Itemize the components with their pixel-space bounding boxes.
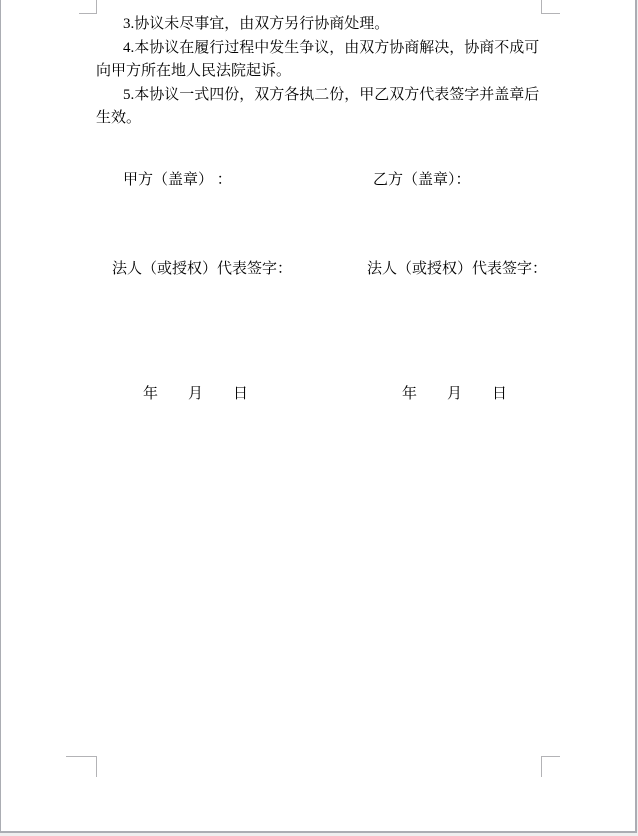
crop-mark-top-right-icon — [541, 0, 560, 14]
party-b-representative-label: 法人（或授权）代表签字： — [367, 258, 547, 282]
party-b-seal-label: 乙方（盖章）： — [373, 169, 471, 193]
document-page: 3.协议未尽事宜，由双方另行协商处理。 4.本协议在履行过程中发生争议，由双方协… — [0, 0, 637, 833]
clause-line-3: 3.协议未尽事宜，由双方另行协商处理。 — [96, 13, 556, 37]
party-a-seal-label: 甲方（盖章） ： — [123, 169, 232, 193]
crop-mark-bottom-left-icon — [66, 756, 97, 777]
word-workspace: 3.协议未尽事宜，由双方另行协商处理。 4.本协议在履行过程中发生争议，由双方协… — [0, 0, 638, 836]
clause-line-4: 4.本协议在履行过程中发生争议，由双方协商解决，协商不成可 — [96, 37, 556, 61]
party-a-representative-label: 法人（或授权）代表签字： — [112, 258, 292, 282]
party-b-date-label: 年 月 日 — [402, 383, 507, 407]
crop-mark-bottom-right-icon — [541, 756, 560, 777]
crop-mark-top-left-icon — [79, 0, 97, 14]
party-a-date-label: 年 月 日 — [143, 383, 248, 407]
clause-line-5: 5.本协议一式四份，双方各执二份，甲乙双方代表签字并盖章后 — [96, 84, 556, 108]
clause-paragraphs: 3.协议未尽事宜，由双方另行协商处理。 4.本协议在履行过程中发生争议，由双方协… — [96, 13, 556, 131]
clause-line-5-wrap: 生效。 — [96, 107, 556, 131]
clause-line-4-wrap: 向甲方所在地人民法院起诉。 — [96, 60, 556, 84]
